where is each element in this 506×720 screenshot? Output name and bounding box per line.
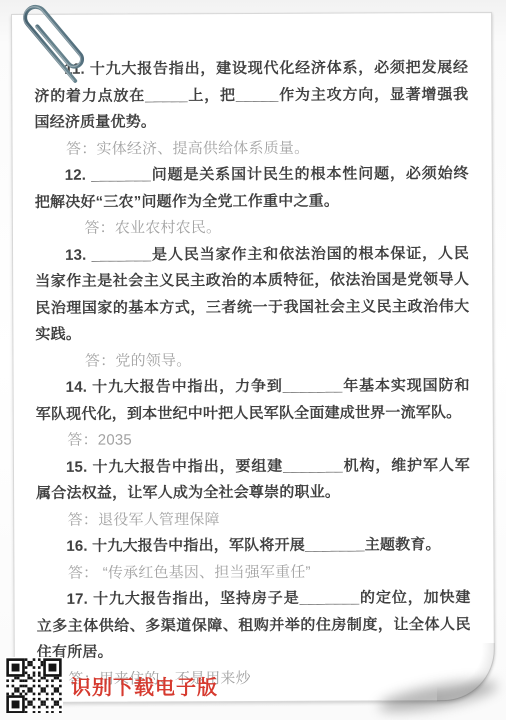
answer-text-15: 答：退役军人管理保障 (36, 506, 470, 534)
question-text-15: 15. 十九大报告中指出，要组建_______机构，维护军人军属合法权益，让军人… (36, 453, 470, 508)
question-text-16: 16. 十九大报告中指出，军队将开展_______主题教育。 (36, 532, 470, 560)
answer-text-11: 答：实体经济、提高供给体系质量。 (35, 135, 469, 163)
document-page: 11. 十九大报告指出，建设现代化经济体系，必须把发展经济的着力点放在_____… (11, 12, 495, 703)
question-text-12: 12. _______问题是关系国计民生的根本性问题，必须始终把解决好“三农”问… (35, 161, 469, 216)
screenshot-root: 11. 十九大报告指出，建设现代化经济体系，必须把发展经济的着力点放在_____… (0, 0, 506, 720)
question-text-11: 11. 十九大报告指出，建设现代化经济体系，必须把发展经济的着力点放在_____… (34, 55, 468, 136)
question-list: 11. 十九大报告指出，建设现代化经济体系，必须把发展经济的着力点放在_____… (12, 13, 494, 693)
footer-promo: 识别下载电子版 (5, 655, 218, 715)
question-text-14: 14. 十九大报告中指出，力争到_______年基本实现国防和军队现代化，到本世… (36, 373, 470, 428)
question-text-13: 13. _______是人民当家作主和依法治国的根本保证，人民当家作主是社会主义… (35, 241, 469, 349)
promo-label: 识别下载电子版 (71, 671, 218, 700)
answer-text-13: 答：党的领导。 (35, 347, 469, 375)
qr-code-icon (5, 657, 63, 713)
answer-text-12: 答：农业农村农民。 (35, 214, 469, 242)
answer-text-16: 答： “传承红色基因、担当强军重任” (36, 559, 470, 587)
answer-text-14: 答：2035 (36, 426, 470, 454)
